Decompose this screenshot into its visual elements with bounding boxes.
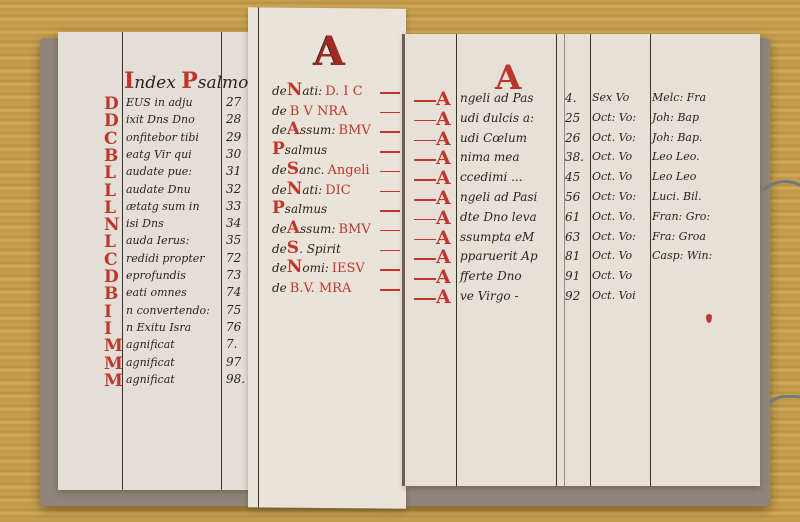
antiphon-initial: A: [436, 286, 451, 308]
antiphon-page-number: 61: [565, 210, 580, 224]
saint-names: Luci. Bil.: [652, 190, 702, 203]
red-dash: [380, 151, 400, 153]
red-dash: [380, 131, 400, 133]
saint-names: Fran: Gro:: [652, 210, 710, 223]
psalm-incipit: onfitebor tibi: [126, 131, 199, 144]
psalm-page-number: 31: [226, 164, 241, 178]
feast-abbrev: DIC: [325, 183, 351, 198]
red-dash: [414, 120, 436, 122]
psalm-page-number: 74: [226, 285, 241, 299]
red-dash: [414, 199, 436, 201]
psalm-incipit: audate Dnu: [126, 183, 191, 196]
feast-entry: deSanc.Angeli: [272, 159, 370, 179]
antiphon-incipit: udi dulcis a:: [460, 111, 534, 125]
psalm-incipit: n Exitu Isra: [126, 321, 191, 334]
office-octave: Oct. Vo: [592, 170, 632, 183]
feast-abbrev: D. I C: [325, 84, 362, 99]
feast-text: ssum:: [300, 123, 335, 137]
psalm-page-number: 35: [226, 233, 241, 247]
feast-text: ssum:: [300, 222, 335, 236]
saint-names: Casp: Win:: [652, 249, 712, 262]
feast-prefix: de: [272, 261, 287, 275]
feast-initial: N: [287, 179, 303, 199]
feast-abbrev: IESV: [332, 261, 365, 276]
office-octave: Oct. Vo: [592, 249, 632, 262]
feast-initial: N: [287, 80, 303, 100]
antiphon-page-number: 56: [565, 190, 580, 204]
feast-prefix: de: [272, 104, 287, 118]
antiphon-incipit: ssumpta eM: [460, 230, 534, 244]
psalm-incipit: agnificat: [126, 356, 175, 369]
antiphon-initial: A: [436, 207, 451, 229]
red-dash: [414, 258, 436, 260]
binding-cord: [752, 180, 800, 326]
margin-rule: [122, 32, 123, 490]
office-octave: Oct: Vo:: [592, 111, 636, 124]
office-octave: Sex Vo: [592, 91, 629, 104]
red-dash: [380, 230, 400, 232]
feast-text: . Spirit: [299, 242, 341, 256]
antiphon-incipit: nima mea: [460, 150, 520, 164]
psalm-page-number: 27: [226, 95, 241, 109]
saint-names: Joh: Bap.: [652, 131, 703, 144]
heading-initial: I: [124, 68, 134, 94]
saint-names: Leo Leo: [652, 170, 696, 183]
number-column-rule: [556, 34, 557, 486]
feast-prefix: de: [272, 84, 287, 98]
saint-column-rule: [650, 34, 651, 486]
red-dash: [414, 179, 436, 181]
antiphon-initial: A: [436, 167, 451, 189]
feast-text: ati:: [302, 84, 322, 98]
antiphon-page-number: 45: [565, 170, 580, 184]
feast-abbrev: BMV: [338, 222, 370, 237]
red-dash: [414, 219, 436, 221]
red-dash: [380, 269, 400, 271]
saint-names: Fra: Groa: [652, 230, 706, 243]
psalm-incipit: ætatg sum in: [126, 200, 200, 213]
psalm-page-number: 32: [226, 182, 241, 196]
red-dash: [380, 171, 400, 173]
psalm-page-number: 97: [226, 355, 241, 369]
antiphon-page-number: 25: [565, 111, 580, 125]
feast-initial: A: [287, 119, 300, 139]
feast-prefix: de: [272, 183, 287, 197]
antiphon-incipit: ngeli ad Pas: [460, 91, 534, 105]
psalm-page-number: 7.: [226, 337, 237, 351]
flap-big-initial: A: [314, 28, 345, 75]
psalm-page-number: 29: [226, 130, 241, 144]
antiphon-initial: A: [436, 88, 451, 110]
book-gutter: [402, 34, 405, 486]
red-dash: [380, 250, 400, 252]
antiphon-initial: A: [436, 246, 451, 268]
antiphon-incipit: pparuerit Ap: [460, 249, 538, 263]
feast-entry: deB.V. MRA: [272, 277, 351, 297]
feast-initial: S: [287, 159, 299, 179]
office-octave: Oct. Vo: [592, 150, 632, 163]
antiphon-page-number: 81: [565, 249, 580, 263]
office-octave: Oct. Voi: [592, 289, 636, 302]
psalm-page-number: 33: [226, 199, 241, 213]
feast-entry: deS. Spirit: [272, 238, 344, 258]
feast-entry: deAssum:BMV: [272, 218, 371, 238]
psalm-incipit: isi Dns: [126, 217, 164, 230]
psalm-incipit: eatg Vir qui: [126, 148, 192, 161]
office-octave: Oct. Vo:: [592, 230, 636, 243]
antiphon-initial: A: [436, 147, 451, 169]
red-dash: [414, 140, 436, 142]
antiphon-initial: A: [436, 266, 451, 288]
antiphon-incipit: udi Cœlum: [460, 131, 527, 145]
flap-rule: [258, 7, 259, 507]
psalm-initial: M: [104, 371, 123, 391]
antiphon-page-number: 91: [565, 269, 580, 283]
number-column-rule: [221, 32, 222, 490]
psalm-incipit: agnificat: [126, 338, 175, 351]
antiphon-page-number: 38.: [565, 150, 584, 164]
feast-prefix: de: [272, 163, 287, 177]
antiphon-incipit: ve Virgo -: [460, 289, 519, 303]
feast-entry: deNati:DIC: [272, 179, 351, 199]
psalm-page-number: 73: [226, 268, 241, 282]
psalm-incipit: auda Ierus:: [126, 234, 189, 247]
antiphon-incipit: ngeli ad Pasi: [460, 190, 537, 204]
antiphon-initial: A: [436, 108, 451, 130]
feast-abbrev: Angeli: [328, 163, 370, 178]
psalm-page-number: 34: [226, 216, 241, 230]
red-dash: [414, 239, 436, 241]
feast-abbrev: BMV: [338, 123, 370, 138]
red-dash: [380, 92, 400, 94]
feast-text: anc.: [299, 163, 324, 177]
feast-entry: deB V NRA: [272, 100, 348, 120]
psalm-page-number: 30: [226, 147, 241, 161]
office-octave: Oct. Vo: [592, 269, 632, 282]
antiphon-incipit: fferte Dno: [460, 269, 522, 283]
saint-names: Melc: Fra: [652, 91, 706, 104]
feast-entry: Psalmus: [272, 139, 330, 159]
psalm-incipit: ixit Dns Dno: [126, 113, 195, 126]
feast-abbrev: B.V. MRA: [290, 281, 352, 296]
psalm-page-number: 75: [226, 303, 241, 317]
antiphon-page-number: 63: [565, 230, 580, 244]
red-dash: [380, 210, 400, 212]
antiphon-incipit: ccedimi ...: [460, 170, 523, 184]
feast-initial: P: [272, 198, 285, 218]
feast-entry: deAssum:BMV: [272, 119, 371, 139]
psalm-page-number: 72: [226, 251, 241, 265]
feast-initial: S: [287, 238, 299, 258]
psalm-page-number: 98.: [226, 372, 245, 386]
office-octave: Oct. Vo.: [592, 210, 635, 223]
feast-prefix: de: [272, 222, 287, 236]
psalm-incipit: eati omnes: [126, 286, 187, 299]
feast-prefix: de: [272, 281, 287, 295]
psalm-incipit: agnificat: [126, 373, 175, 386]
feast-text: omi:: [302, 261, 328, 275]
left-heading: Index Psalmor: [124, 68, 257, 94]
red-dash: [380, 191, 400, 193]
feast-prefix: de: [272, 123, 287, 137]
feast-abbrev: B V NRA: [290, 104, 348, 119]
saint-names: Joh: Bap: [652, 111, 699, 124]
feast-initial: N: [287, 257, 303, 277]
psalm-incipit: audate pue:: [126, 165, 192, 178]
feast-text: ati:: [302, 183, 322, 197]
antiphon-page-number: 26: [565, 131, 580, 145]
feast-prefix: de: [272, 242, 287, 256]
office-octave: Oct: Vo:: [592, 190, 636, 203]
feast-initial: A: [287, 218, 300, 238]
red-dash: [414, 298, 436, 300]
red-dash: [380, 112, 400, 114]
feast-entry: Psalmus: [272, 198, 330, 218]
antiphon-initial: A: [436, 187, 451, 209]
red-dash: [380, 289, 400, 291]
feast-entry: deNomi:IESV: [272, 257, 365, 277]
antiphon-page-number: 92: [565, 289, 580, 303]
psalm-incipit: n convertendo:: [126, 304, 210, 317]
saint-names: Leo Leo.: [652, 150, 700, 163]
psalm-incipit: redidi propter: [126, 252, 205, 265]
antiphon-initial: A: [436, 227, 451, 249]
red-dash: [414, 278, 436, 280]
feast-text: salmus: [285, 202, 327, 216]
binding-cord-lower: [762, 395, 800, 441]
feast-initial: P: [272, 139, 285, 159]
office-octave: Oct. Vo:: [592, 131, 636, 144]
margin-rule: [456, 34, 457, 486]
psalm-incipit: EUS in adju: [126, 96, 193, 109]
antiphon-incipit: dte Dno leva: [460, 210, 537, 224]
red-dash: [414, 159, 436, 161]
psalm-page-number: 76: [226, 320, 241, 334]
office-column-rule: [590, 34, 591, 486]
feast-text: salmus: [285, 143, 327, 157]
heading-initial: P: [181, 68, 198, 94]
psalm-incipit: eprofundis: [126, 269, 186, 282]
psalm-page-number: 28: [226, 112, 241, 126]
antiphon-page-number: 4.: [565, 91, 576, 105]
feast-entry: deNati:D. I C: [272, 80, 363, 100]
antiphon-initial: A: [436, 128, 451, 150]
red-dash: [414, 100, 436, 102]
